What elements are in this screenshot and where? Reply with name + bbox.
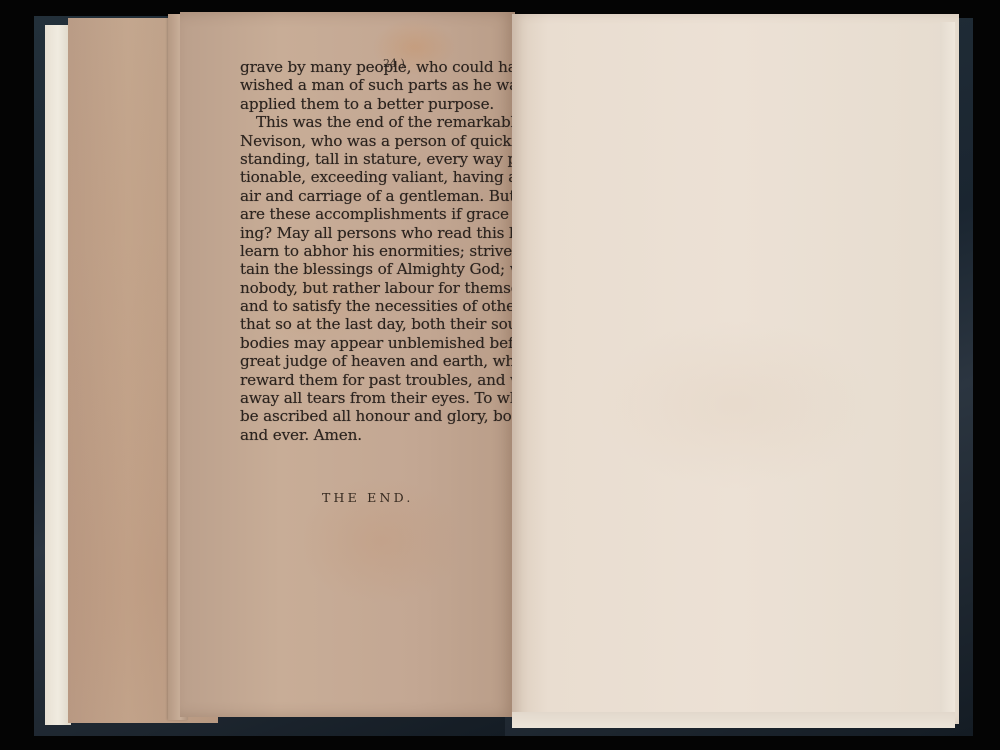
- right-blank-page: [512, 14, 959, 724]
- text-line: standing, tall in stature, every way pro…: [240, 150, 515, 168]
- text-line: tain the blessings of Almighty God; wron…: [240, 260, 515, 278]
- text-line: nobody, but rather labour for themselves: [240, 279, 515, 297]
- text-line: learn to abhor his enormities; strive to…: [240, 242, 515, 260]
- text-line: tionable, exceeding valiant, having also…: [240, 168, 515, 186]
- text-line: wished a man of such parts as he was, ha…: [240, 76, 515, 94]
- text-line: Nevison, who was a person of quick under…: [240, 132, 515, 150]
- text-line: away all tears from their eyes. To which: [240, 389, 515, 407]
- text-line: ing? May all persons who read this book: [240, 224, 515, 242]
- text-line: reward them for past troubles, and wipe: [240, 371, 515, 389]
- the-end-heading: THE END.: [322, 490, 414, 505]
- page-text: grave by many people, who could have wis…: [240, 58, 515, 444]
- text-line: that so at the last day, both their soul…: [240, 315, 515, 333]
- text-line: grave by many people, who could have: [240, 58, 515, 76]
- text-line: air and carriage of a gentleman. But wha…: [240, 187, 515, 205]
- text-line: applied them to a better purpose.: [240, 95, 515, 113]
- text-line: are these accomplishments if grace be wa…: [240, 205, 515, 223]
- photo-scene: 24 ) grave by many people, who could hav…: [0, 0, 1000, 750]
- right-page-bottom-edge: [512, 712, 955, 728]
- right-page-edge: [940, 22, 955, 726]
- text-line: This was the end of the remarkable Mr.: [240, 113, 515, 131]
- text-line: great judge of heaven and earth, who wil…: [240, 352, 515, 370]
- text-line: and ever. Amen.: [240, 426, 515, 444]
- text-line: and to satisfy the necessities of others: [240, 297, 515, 315]
- text-line: be ascribed all honour and glory, both n…: [240, 407, 515, 425]
- text-line: bodies may appear unblemished before the: [240, 334, 515, 352]
